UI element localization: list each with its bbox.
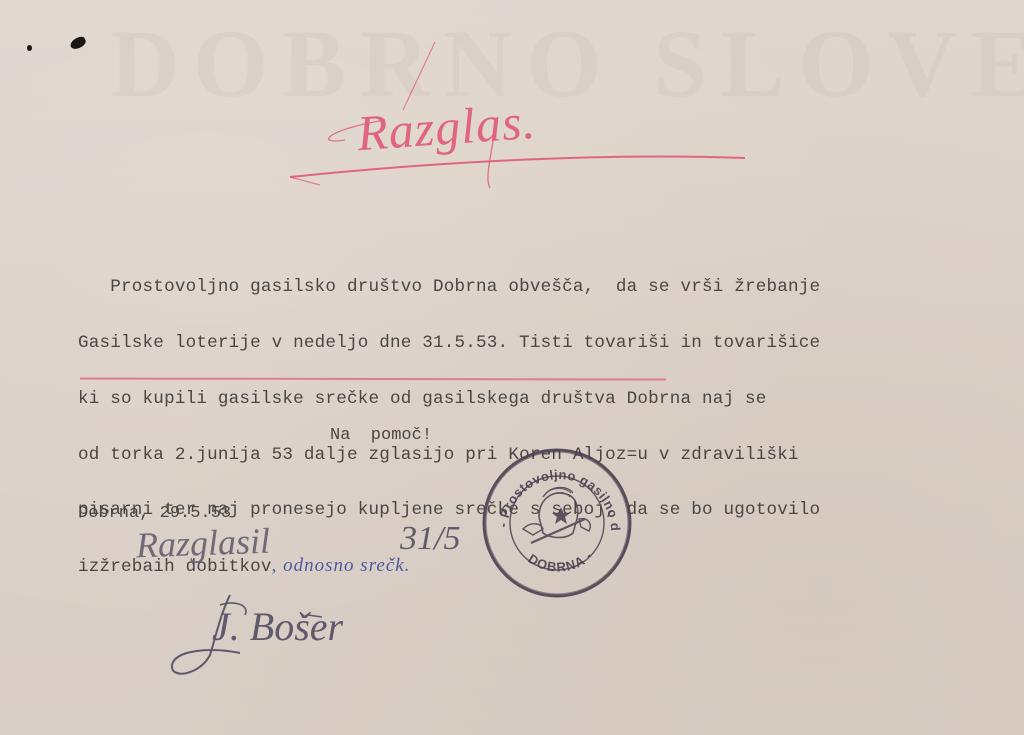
svg-text:DOBRNA -: DOBRNA - (525, 548, 595, 575)
place-and-date: Dobrna, 29.5.53 (78, 504, 231, 523)
fire-brigade-stamp: - Prostovoljno gasilno društvo DOBRNA - (481, 447, 633, 599)
signature: J. Bošer (212, 603, 343, 650)
stamp-seal-icon: - Prostovoljno gasilno društvo DOBRNA - (481, 447, 633, 599)
body-line: od torka 2.junija 53 dalje zglasijo pri … (78, 446, 820, 465)
closing-salutation: Na pomoč! (330, 426, 432, 445)
helmet-emblem (523, 487, 590, 543)
handwritten-announced-note: Razglasil (135, 520, 270, 567)
ink-spot (27, 45, 32, 51)
handwritten-announced-date: 31/5 (400, 520, 460, 558)
body-line: Prostovoljno gasilsko društvo Dobrna obv… (78, 278, 820, 297)
body-line: ki so kupili gasilske srečke od gasilske… (78, 390, 820, 409)
handwritten-correction: , odnosno srečk. (272, 555, 411, 576)
signature-block: J. Bošer (160, 585, 390, 685)
body-line: Gasilske loterije v nedeljo dne 31.5.53.… (78, 334, 820, 353)
title-block: Razglas. (285, 40, 755, 200)
